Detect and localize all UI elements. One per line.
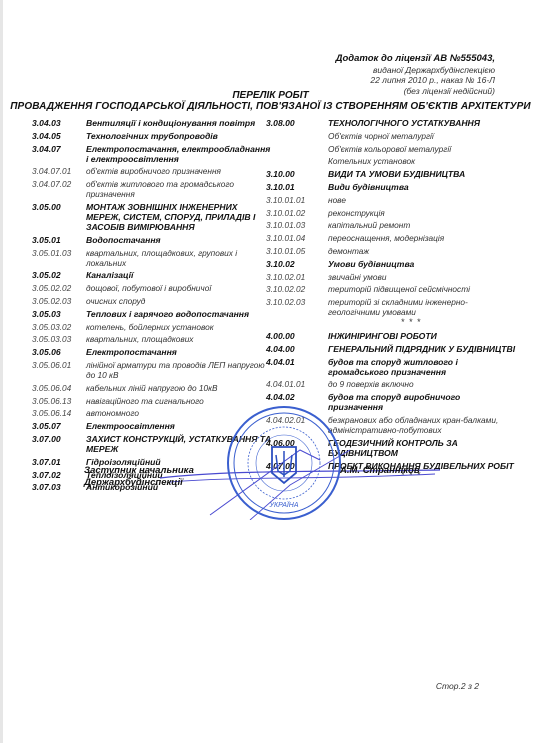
work-list-item: 4.00.00ІНЖИНІРИНГОВІ РОБОТИ xyxy=(266,331,516,341)
work-list-item: 3.10.01.02реконструкція xyxy=(266,208,516,218)
work-code: 4.04.01 xyxy=(266,357,328,377)
work-list-item: 3.10.00ВИДИ ТА УМОВИ БУДІВНИЦТВА xyxy=(266,169,516,179)
appendix-line-1: Додаток до ліцензії АВ №555043, xyxy=(336,54,495,65)
work-list-item: 3.10.02.03територій зі складними інженер… xyxy=(266,297,516,317)
work-list-item: Об'єктів кольорової металургії xyxy=(266,144,516,154)
work-description: Умови будівництва xyxy=(328,259,516,269)
work-description: будов та споруд виробничого призначення xyxy=(328,392,516,412)
work-description: нове xyxy=(328,195,516,205)
official-seal-icon: УКРАЇНА xyxy=(226,405,342,521)
work-description: об'єктів житлового та громадського призн… xyxy=(86,179,272,199)
work-list-item: Котельних установок xyxy=(266,156,516,166)
work-description: демонтаж xyxy=(328,246,516,256)
work-code: 3.05.01 xyxy=(32,235,86,245)
work-list-item: 3.05.06Електропостачання xyxy=(32,347,272,357)
work-list-item: 3.08.00ТЕХНОЛОГІЧНОГО УСТАТКУВАННЯ xyxy=(266,118,516,128)
work-list-item: 3.10.01.01нове xyxy=(266,195,516,205)
signatory-name: А.М. Странніков xyxy=(340,465,420,477)
work-list-item: 3.05.06.04кабельних ліній напругою до 10… xyxy=(32,383,272,393)
work-description: Електропостачання xyxy=(86,347,272,357)
work-code xyxy=(266,131,328,141)
work-code: 3.07.00 xyxy=(32,434,86,454)
work-code: 3.10.01.03 xyxy=(266,220,328,230)
work-description: капітальний ремонт xyxy=(328,220,516,230)
work-description: Види будівництва xyxy=(328,182,516,192)
work-list-item: 3.05.02.02дощової, побутової і виробничо… xyxy=(32,283,272,293)
work-code: 3.10.01.01 xyxy=(266,195,328,205)
work-list-item: 3.05.02.03очисних споруд xyxy=(32,296,272,306)
work-list-item: 3.05.01.03квартальних, площадкових, груп… xyxy=(32,248,272,268)
work-description: реконструкція xyxy=(328,208,516,218)
work-description: дощової, побутової і виробничої xyxy=(86,283,272,293)
work-code: 3.10.01.05 xyxy=(266,246,328,256)
work-description: Об'єктів чорної металургії xyxy=(328,131,516,141)
work-code: 3.04.07.01 xyxy=(32,166,86,176)
work-list-item: 3.10.01.04переоснащення, модернізація xyxy=(266,233,516,243)
work-code: 3.04.03 xyxy=(32,118,86,128)
work-list-item: 3.05.03.02котелень, бойлерних установок xyxy=(32,322,272,332)
work-code: 3.05.00 xyxy=(32,202,86,232)
work-code: 3.10.00 xyxy=(266,169,328,179)
work-code: 3.05.02.03 xyxy=(32,296,86,306)
work-list-item: 3.04.05Технологічних трубопроводів xyxy=(32,131,272,141)
work-list-item: 3.10.02Умови будівництва xyxy=(266,259,516,269)
work-list-item: Об'єктів чорної металургії xyxy=(266,131,516,141)
work-code: 4.04.00 xyxy=(266,344,328,354)
work-list-item: 3.10.02.01звичайні умови xyxy=(266,272,516,282)
work-code: 3.05.01.03 xyxy=(32,248,86,268)
work-description: Об'єктів кольорової металургії xyxy=(328,144,516,154)
work-list-item: 4.04.01.01до 9 поверхів включно xyxy=(266,379,516,389)
work-code: 3.05.03.02 xyxy=(32,322,86,332)
work-description: ТЕХНОЛОГІЧНОГО УСТАТКУВАННЯ xyxy=(328,118,516,128)
work-list-item: 3.10.01Види будівництва xyxy=(266,182,516,192)
work-description: Вентиляції і кондиціонування повітря xyxy=(86,118,272,128)
work-list-item: 3.05.03Теплових і гарячого водопостачанн… xyxy=(32,309,272,319)
page-number: Стор.2 з 2 xyxy=(436,681,479,691)
work-list-item: 3.04.03Вентиляції і кондиціонування пові… xyxy=(32,118,272,128)
work-list-item: 3.05.06.01лінійної арматури та проводів … xyxy=(32,360,272,380)
work-code: 3.08.00 xyxy=(266,118,328,128)
work-code xyxy=(266,144,328,154)
work-code: 3.05.06.14 xyxy=(32,408,86,418)
work-code: 3.05.02.02 xyxy=(32,283,86,293)
work-code: 3.07.01 xyxy=(32,457,86,467)
document-title: ПЕРЕЛІК РОБІТ xyxy=(0,90,541,101)
work-code: 3.07.03 xyxy=(32,482,86,492)
work-description: Теплових і гарячого водопостачання xyxy=(86,309,272,319)
svg-text:УКРАЇНА: УКРАЇНА xyxy=(268,501,298,509)
work-list-item: 3.04.07Електропостачання, електрообладна… xyxy=(32,144,272,164)
work-description: котелень, бойлерних установок xyxy=(86,322,272,332)
work-code: 3.05.06.01 xyxy=(32,360,86,380)
work-code: 3.10.02.03 xyxy=(266,297,328,317)
work-code: 3.05.06.13 xyxy=(32,396,86,406)
work-description: МОНТАЖ ЗОВНІШНІХ ІНЖЕНЕРНИХ МЕРЕЖ, СИСТЕ… xyxy=(86,202,272,232)
work-code: 3.04.07 xyxy=(32,144,86,164)
work-description: Котельних установок xyxy=(328,156,516,166)
work-list-item: 3.10.02.02територій підвищеної сейсмічно… xyxy=(266,284,516,294)
work-description: звичайні умови xyxy=(328,272,516,282)
signatory-position-line-1: Заступник начальника xyxy=(84,465,194,477)
work-code: 3.10.02.02 xyxy=(266,284,328,294)
document-subtitle: ПРОВАДЖЕННЯ ГОСПОДАРСЬКОЇ ДІЯЛЬНОСТІ, ПО… xyxy=(0,101,541,112)
work-description: об'єктів виробничого призначення xyxy=(86,166,272,176)
work-code: 3.10.01.02 xyxy=(266,208,328,218)
work-code: 3.04.07.02 xyxy=(32,179,86,199)
work-list-item: 4.04.00ГЕНЕРАЛЬНИЙ ПІДРЯДНИК У БУДІВНИЦТ… xyxy=(266,344,516,354)
work-code: 3.05.06 xyxy=(32,347,86,357)
work-list-item: 3.05.03.03квартальних, площадкових xyxy=(32,334,272,344)
work-description: територій зі складними інженерно-геологі… xyxy=(328,297,516,317)
signatory-position-line-2: Держархбудінспекції xyxy=(84,477,194,489)
work-list-item: 3.05.02Каналізації xyxy=(32,270,272,280)
work-code: 4.00.00 xyxy=(266,331,328,341)
signatory-position: Заступник начальника Держархбудінспекції xyxy=(84,465,194,488)
work-code: 3.10.01 xyxy=(266,182,328,192)
work-list-item: 3.05.00МОНТАЖ ЗОВНІШНІХ ІНЖЕНЕРНИХ МЕРЕЖ… xyxy=(32,202,272,232)
work-list-item: 3.10.01.05демонтаж xyxy=(266,246,516,256)
work-code: 3.10.02.01 xyxy=(266,272,328,282)
work-code: 3.05.03.03 xyxy=(32,334,86,344)
work-description: будов та споруд житлового і громадського… xyxy=(328,357,516,377)
work-code: 4.04.01.01 xyxy=(266,379,328,389)
work-code: 3.05.06.04 xyxy=(32,383,86,393)
work-description: лінійної арматури та проводів ЛЕП напруг… xyxy=(86,360,272,380)
work-description: кабельних ліній напругою до 10кВ xyxy=(86,383,272,393)
work-code: 3.07.02 xyxy=(32,470,86,480)
work-description: Водопостачання xyxy=(86,235,272,245)
work-description: Електропостачання, електрообладнання і е… xyxy=(86,144,272,164)
work-list-item: 3.04.07.01об'єктів виробничого призначен… xyxy=(32,166,272,176)
work-code: 3.10.02 xyxy=(266,259,328,269)
work-code xyxy=(266,156,328,166)
work-description: квартальних, площадкових xyxy=(86,334,272,344)
work-description: ГЕНЕРАЛЬНИЙ ПІДРЯДНИК У БУДІВНИЦТВІ xyxy=(328,344,516,354)
work-description: Каналізації xyxy=(86,270,272,280)
work-code: 3.05.02 xyxy=(32,270,86,280)
work-description: до 9 поверхів включно xyxy=(328,379,516,389)
work-code: 3.05.07 xyxy=(32,421,86,431)
work-description: очисних споруд xyxy=(86,296,272,306)
appendix-line-3: 22 липня 2010 р., наказ № 16-Л xyxy=(336,75,495,86)
work-list-item: 3.04.07.02об'єктів житлового та громадсь… xyxy=(32,179,272,199)
work-list-item: 3.10.01.03капітальний ремонт xyxy=(266,220,516,230)
work-description: ІНЖИНІРИНГОВІ РОБОТИ xyxy=(328,331,516,341)
work-description: переоснащення, модернізація xyxy=(328,233,516,243)
appendix-line-2: виданої Держархбудінспекцією xyxy=(336,65,495,76)
work-list-item: 3.05.01Водопостачання xyxy=(32,235,272,245)
work-code: 3.04.05 xyxy=(32,131,86,141)
work-code: 3.10.01.04 xyxy=(266,233,328,243)
section-separator: * * * xyxy=(306,319,516,326)
work-code: 3.05.03 xyxy=(32,309,86,319)
work-description: ВИДИ ТА УМОВИ БУДІВНИЦТВА xyxy=(328,169,516,179)
work-description: територій підвищеної сейсмічності xyxy=(328,284,516,294)
work-list-item: 4.04.01будов та споруд житлового і грома… xyxy=(266,357,516,377)
work-description: Технологічних трубопроводів xyxy=(86,131,272,141)
work-description: квартальних, площадкових, групових і лок… xyxy=(86,248,272,268)
